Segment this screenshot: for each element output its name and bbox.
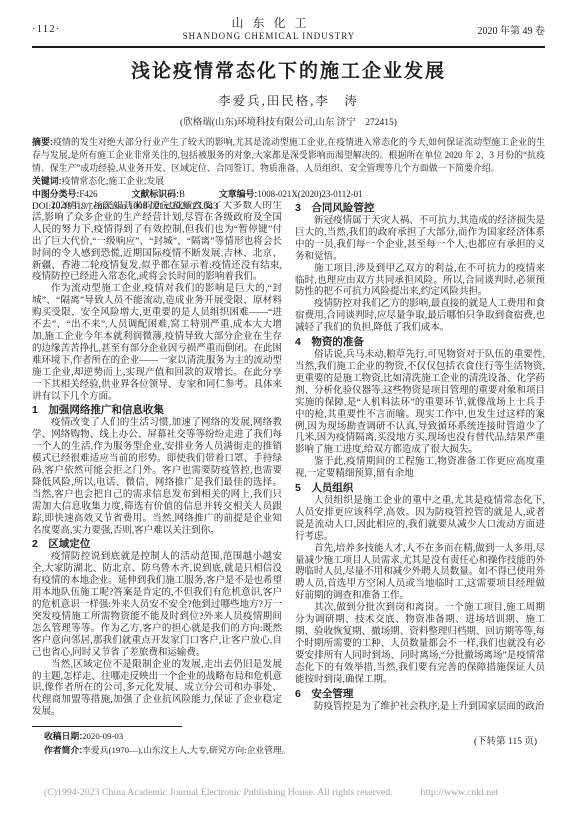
paragraph: 防疫管控是为了维护社会秩序,是上升到国家层面的政治 bbox=[295, 702, 545, 714]
section-heading-1: 1 加强网络推广和信息收集 bbox=[32, 404, 282, 417]
paragraph: 当然,区域定位不是限制企业的发展,走出去仍旧是发展的主题,怎样走、往哪走反映出一… bbox=[32, 660, 282, 720]
received-value: 2020-09-03 bbox=[82, 731, 123, 741]
paragraph: 首先,培养多技能人才,人不在多而在精,做到一人多用,尽量减少施工项目人员需求,尤… bbox=[295, 544, 545, 604]
classification-line: 中图分类号:F426 文献标识码:B 文章编号:1008-021X(2020)2… bbox=[32, 188, 545, 201]
abstract-label: 摘要: bbox=[32, 137, 53, 147]
paragraph: 施工项目,涉及到甲乙双方的利益,在不可抗力的疫情来临时,也理应由双方共同承担风险… bbox=[295, 264, 545, 300]
cnki-url: http://www.cnki.net bbox=[421, 787, 499, 798]
paragraph: 疫情防控说到底就是控制人的活动范围,范围越小越安全,大家防湖北、防北京、防乌鲁木… bbox=[32, 552, 282, 659]
paragraph: 新冠疫情属于天灾人祸、不可抗力,其造成的经济损失是巨大的,当然,我们的政府承担了… bbox=[295, 216, 545, 264]
affiliation: (欣格瑞(山东)环境科技有限公司,山东 济宁 272415) bbox=[0, 114, 577, 128]
paragraph: 疫情防控对我们乙方的影响,最直接的就是人工费用和食宿费用,合同谈判时,应尽量争取… bbox=[295, 299, 545, 335]
clc-label: 中图分类号: bbox=[32, 189, 79, 199]
footnote-rule bbox=[32, 726, 182, 727]
page-number: ·112· bbox=[32, 23, 60, 35]
author-bio: 作者简介:李爱兵(1970—),山东汶上人,大专,研究方向:企业管理。 bbox=[32, 744, 312, 758]
section-heading-6: 6 安全管理 bbox=[295, 688, 545, 701]
copyright-notice: (C)1994-2023 China Academic Journal Elec… bbox=[44, 787, 537, 798]
paragraph: 作为流动型施工企业,疫情对我们的影响是巨大的,“封城”、“隔离”导致人员不能流动… bbox=[32, 284, 282, 403]
received-date: 收稿日期:2020-09-03 bbox=[32, 730, 312, 744]
journal-title-cn: 山东化工 bbox=[183, 16, 356, 31]
bio-label: 作者简介: bbox=[44, 745, 82, 755]
journal-page: ·112· 山东化工 SHANDONG CHEMICAL INDUSTRY 20… bbox=[0, 0, 577, 819]
left-column: 2020年,一场突如其来的新冠疫情改变了大多数人的生活,影响了众多企业的生产经营… bbox=[32, 201, 282, 729]
continuation-note: (下转第 115 页) bbox=[474, 733, 537, 747]
bio-text: 李爱兵(1970—),山东汶上人,大专,研究方向:企业管理。 bbox=[82, 745, 290, 755]
paragraph: 其次,做到分批次到岗和离岗。一个施工项目,施工周期分为调研期、技术交底、物资准备… bbox=[295, 603, 545, 686]
doc-code-value: B bbox=[179, 189, 185, 199]
document-code: 文献标识码:B bbox=[132, 188, 185, 201]
paragraph: 俗话说,兵马未动,粮草先行,可见物资对于队伍的重要性,当然,我们施工企业的物资,… bbox=[295, 350, 545, 457]
keywords: 关键词:疫情常态化;施工企业;发展 bbox=[32, 175, 545, 188]
section-heading-4: 4 物资的准备 bbox=[295, 336, 545, 349]
paragraph: 人员组织是施工企业的重中之重,尤其是疫情常态化下,人员安排更应该科学,高效。因为… bbox=[295, 496, 545, 544]
keywords-text: 疫情常态化;施工企业;发展 bbox=[62, 176, 165, 186]
clc-value: F426 bbox=[79, 189, 97, 199]
article-no-label: 文章编号: bbox=[219, 189, 257, 199]
abstract-text: 疫情的发生对绝大部分行业产生了较大的影响,尤其是流动型施工企业,在疫情进入常态化… bbox=[32, 137, 545, 173]
journal-title-en: SHANDONG CHEMICAL INDUSTRY bbox=[183, 31, 356, 42]
section-heading-5: 5 人员组织 bbox=[295, 482, 545, 495]
received-label: 收稿日期: bbox=[44, 731, 82, 741]
paragraph: 2020年,一场突如其来的新冠疫情改变了大多数人的生活,影响了众多企业的生产经营… bbox=[32, 201, 282, 284]
article-number: 文章编号:1008-021X(2020)23-0112-01 bbox=[219, 188, 363, 201]
clc-number: 中图分类号:F426 bbox=[32, 188, 98, 201]
section-heading-3: 3 合同风险管控 bbox=[295, 202, 545, 215]
section-heading-2: 2 区域定位 bbox=[32, 538, 282, 551]
copyright-text: (C)1994-2023 China Academic Journal Elec… bbox=[44, 787, 393, 798]
doc-code-label: 文献标识码: bbox=[132, 189, 179, 199]
volume-issue: 2020 年第 49 卷 bbox=[478, 22, 546, 37]
authors: 李爱兵,田民格,李 涛 bbox=[0, 91, 577, 109]
abstract: 摘要:疫情的发生对绝大部分行业产生了较大的影响,尤其是流动型施工企业,在疫情进入… bbox=[32, 136, 545, 175]
page-header: ·112· 山东化工 SHANDONG CHEMICAL INDUSTRY 20… bbox=[32, 16, 545, 42]
keywords-label: 关键词: bbox=[32, 176, 62, 186]
body-columns: 2020年,一场突如其来的新冠疫情改变了大多数人的生活,影响了众多企业的生产经营… bbox=[32, 201, 545, 747]
journal-masthead: 山东化工 SHANDONG CHEMICAL INDUSTRY bbox=[183, 16, 356, 42]
paragraph: 鉴于此,疫情期间的工程施工,物资准备工作更应高度重视,一定要精细预算,留有余地 bbox=[295, 457, 545, 481]
first-page-footnote: 收稿日期:2020-09-03 作者简介:李爱兵(1970—),山东汶上人,大专… bbox=[32, 726, 312, 757]
article-title: 浅论疫情常态化下的施工企业发展 bbox=[0, 56, 577, 83]
paragraph: 疫情改变了人们的生活习惯,加速了网络的发展,网络教学、网络购物、线上办公、屏幕社… bbox=[32, 418, 282, 537]
right-column: 3 合同风险管控 新冠疫情属于天灾人祸、不可抗力,其造成的经济损失是巨大的,当然… bbox=[295, 201, 545, 747]
header-rule bbox=[32, 46, 545, 48]
article-no-value: 1008-021X(2020)23-0112-01 bbox=[257, 189, 362, 199]
